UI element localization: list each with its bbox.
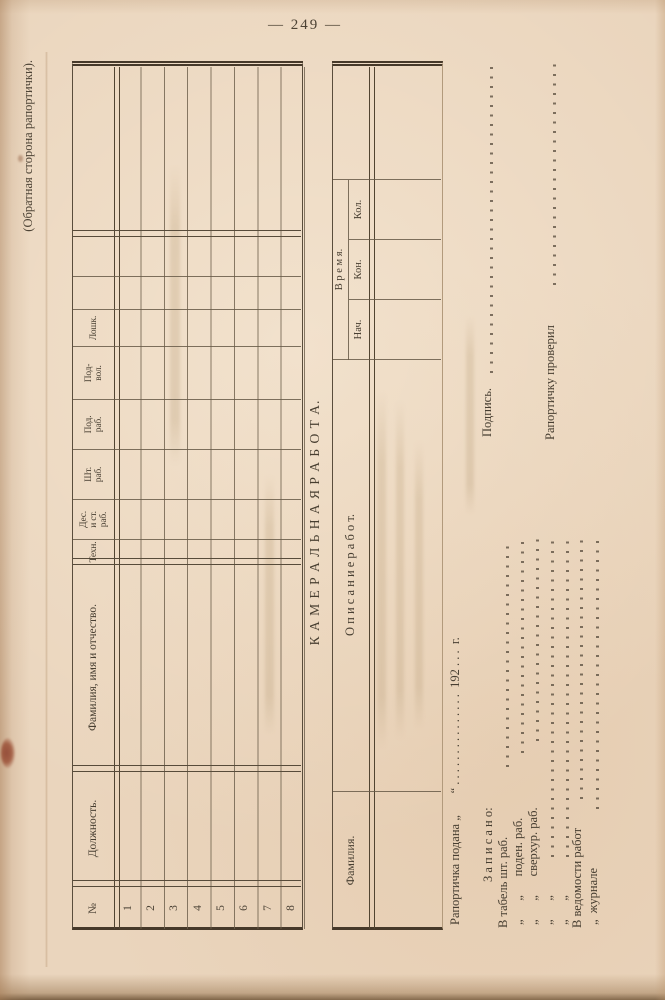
footer-line-day-workers: „ „ поден. раб. [511, 818, 526, 925]
footer-line-timesheet-staff: В табель шт. раб. [496, 837, 511, 928]
grid-line-h [114, 67, 120, 929]
footer-line-recorded: З а п и с а н о: [481, 807, 496, 882]
column-header-tech: Техн. [73, 540, 114, 564]
form-side-note: (Обратная сторона рапортички). [21, 60, 36, 365]
column-header-day-workers: Под. раб. [73, 400, 114, 449]
ink-stain [1, 738, 15, 768]
column-header-staff-workers: Шт. раб. [73, 450, 114, 499]
column-header-start: Нач. [349, 300, 369, 359]
dot-leader [490, 65, 493, 373]
rotated-form-sheet: (Обратная сторона рапортички). № Должнос… [20, 45, 660, 985]
column-header-family: Фамилия. [333, 792, 369, 929]
column-header-work-description: О п и с а н и е р а б о т. [333, 360, 369, 790]
row-number: 8 [285, 886, 297, 930]
dot-leader [553, 59, 556, 285]
scanned-book-page: — 249 — (Обратная сторона рапортички). №… [0, 0, 665, 1000]
dot-leader [506, 539, 509, 767]
column-header-ox-carts: Под- вол. [73, 347, 114, 399]
column-header-horses: Лошк. [73, 310, 114, 346]
column-header-position: Должность. [73, 772, 114, 885]
footer-signature-label: Подпись. [480, 388, 495, 437]
column-header-end: Кон. [349, 240, 369, 299]
row-number: 1 [122, 886, 134, 930]
column-header-time: В р е м я. [332, 180, 348, 359]
personnel-table-row-lines [118, 67, 305, 929]
footer-line-submitted: Рапортичка подана „ “ . . . . . . . . . … [448, 637, 463, 925]
dot-leader [521, 539, 524, 753]
row-number: 3 [168, 886, 180, 930]
dot-leader [551, 539, 554, 857]
dot-leader [566, 539, 569, 857]
column-header-quantity: Кол. [349, 180, 369, 239]
row-number: 4 [192, 886, 204, 930]
footer-line-overtime: „ „ сверхур. раб. [526, 807, 541, 925]
grid-line-h [369, 67, 375, 929]
dot-leader [580, 539, 583, 799]
row-number: 2 [145, 886, 157, 930]
footer-line-blank: „ „ [556, 895, 571, 925]
bleedthrough-smudge [466, 315, 474, 515]
row-number: 6 [238, 886, 250, 930]
column-header-foremen: Дес. и ст. раб. [73, 500, 114, 539]
column-header-number: № [73, 887, 114, 930]
footer-line-statements: В ведомости работ [570, 828, 585, 928]
grid-line-v [73, 231, 301, 238]
cameral-work-title: К А М Е Р А Л Ь Н А Я Р А Б О Т А. [307, 250, 323, 795]
dot-leader [596, 539, 599, 809]
row-number: 7 [262, 886, 274, 930]
grid-line-v [73, 276, 301, 277]
row-number: 5 [215, 886, 227, 930]
column-header-name: Фамилия, имя и отчество. [73, 565, 114, 770]
page-number: — 249 — [268, 17, 342, 34]
dot-leader [536, 539, 539, 741]
footer-verified-label: Рапортичку проверил [543, 325, 558, 440]
footer-line-journal: „ журнале [586, 868, 601, 925]
footer-line-blank: „ „ [541, 895, 556, 925]
